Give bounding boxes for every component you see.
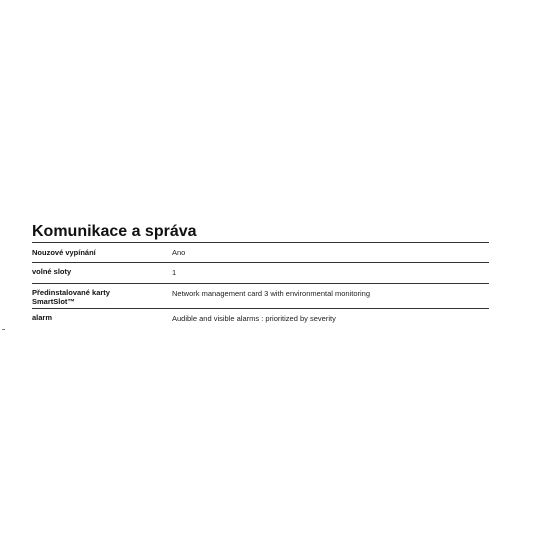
communication-management-section: Komunikace a správa Nouzové vypínání Ano… [32,222,489,329]
spec-row: Předinstalované karty SmartSlot™ Network… [32,284,489,308]
spec-row: Nouzové vypínání Ano [32,243,489,262]
margin-mark [2,329,5,330]
spec-label: alarm [32,313,52,322]
spec-label: volné sloty [32,267,71,276]
spec-label: Nouzové vypínání [32,248,96,257]
spec-value: Audible and visible alarms : prioritized… [172,314,336,323]
spec-row: volné sloty 1 [32,263,489,283]
spec-value: 1 [172,268,176,277]
spec-value: Ano [172,248,185,257]
spec-row: alarm Audible and visible alarms : prior… [32,309,489,329]
spec-value: Network management card 3 with environme… [172,289,370,298]
spec-label: Předinstalované karty SmartSlot™ [32,288,152,306]
section-title: Komunikace a správa [32,222,489,242]
